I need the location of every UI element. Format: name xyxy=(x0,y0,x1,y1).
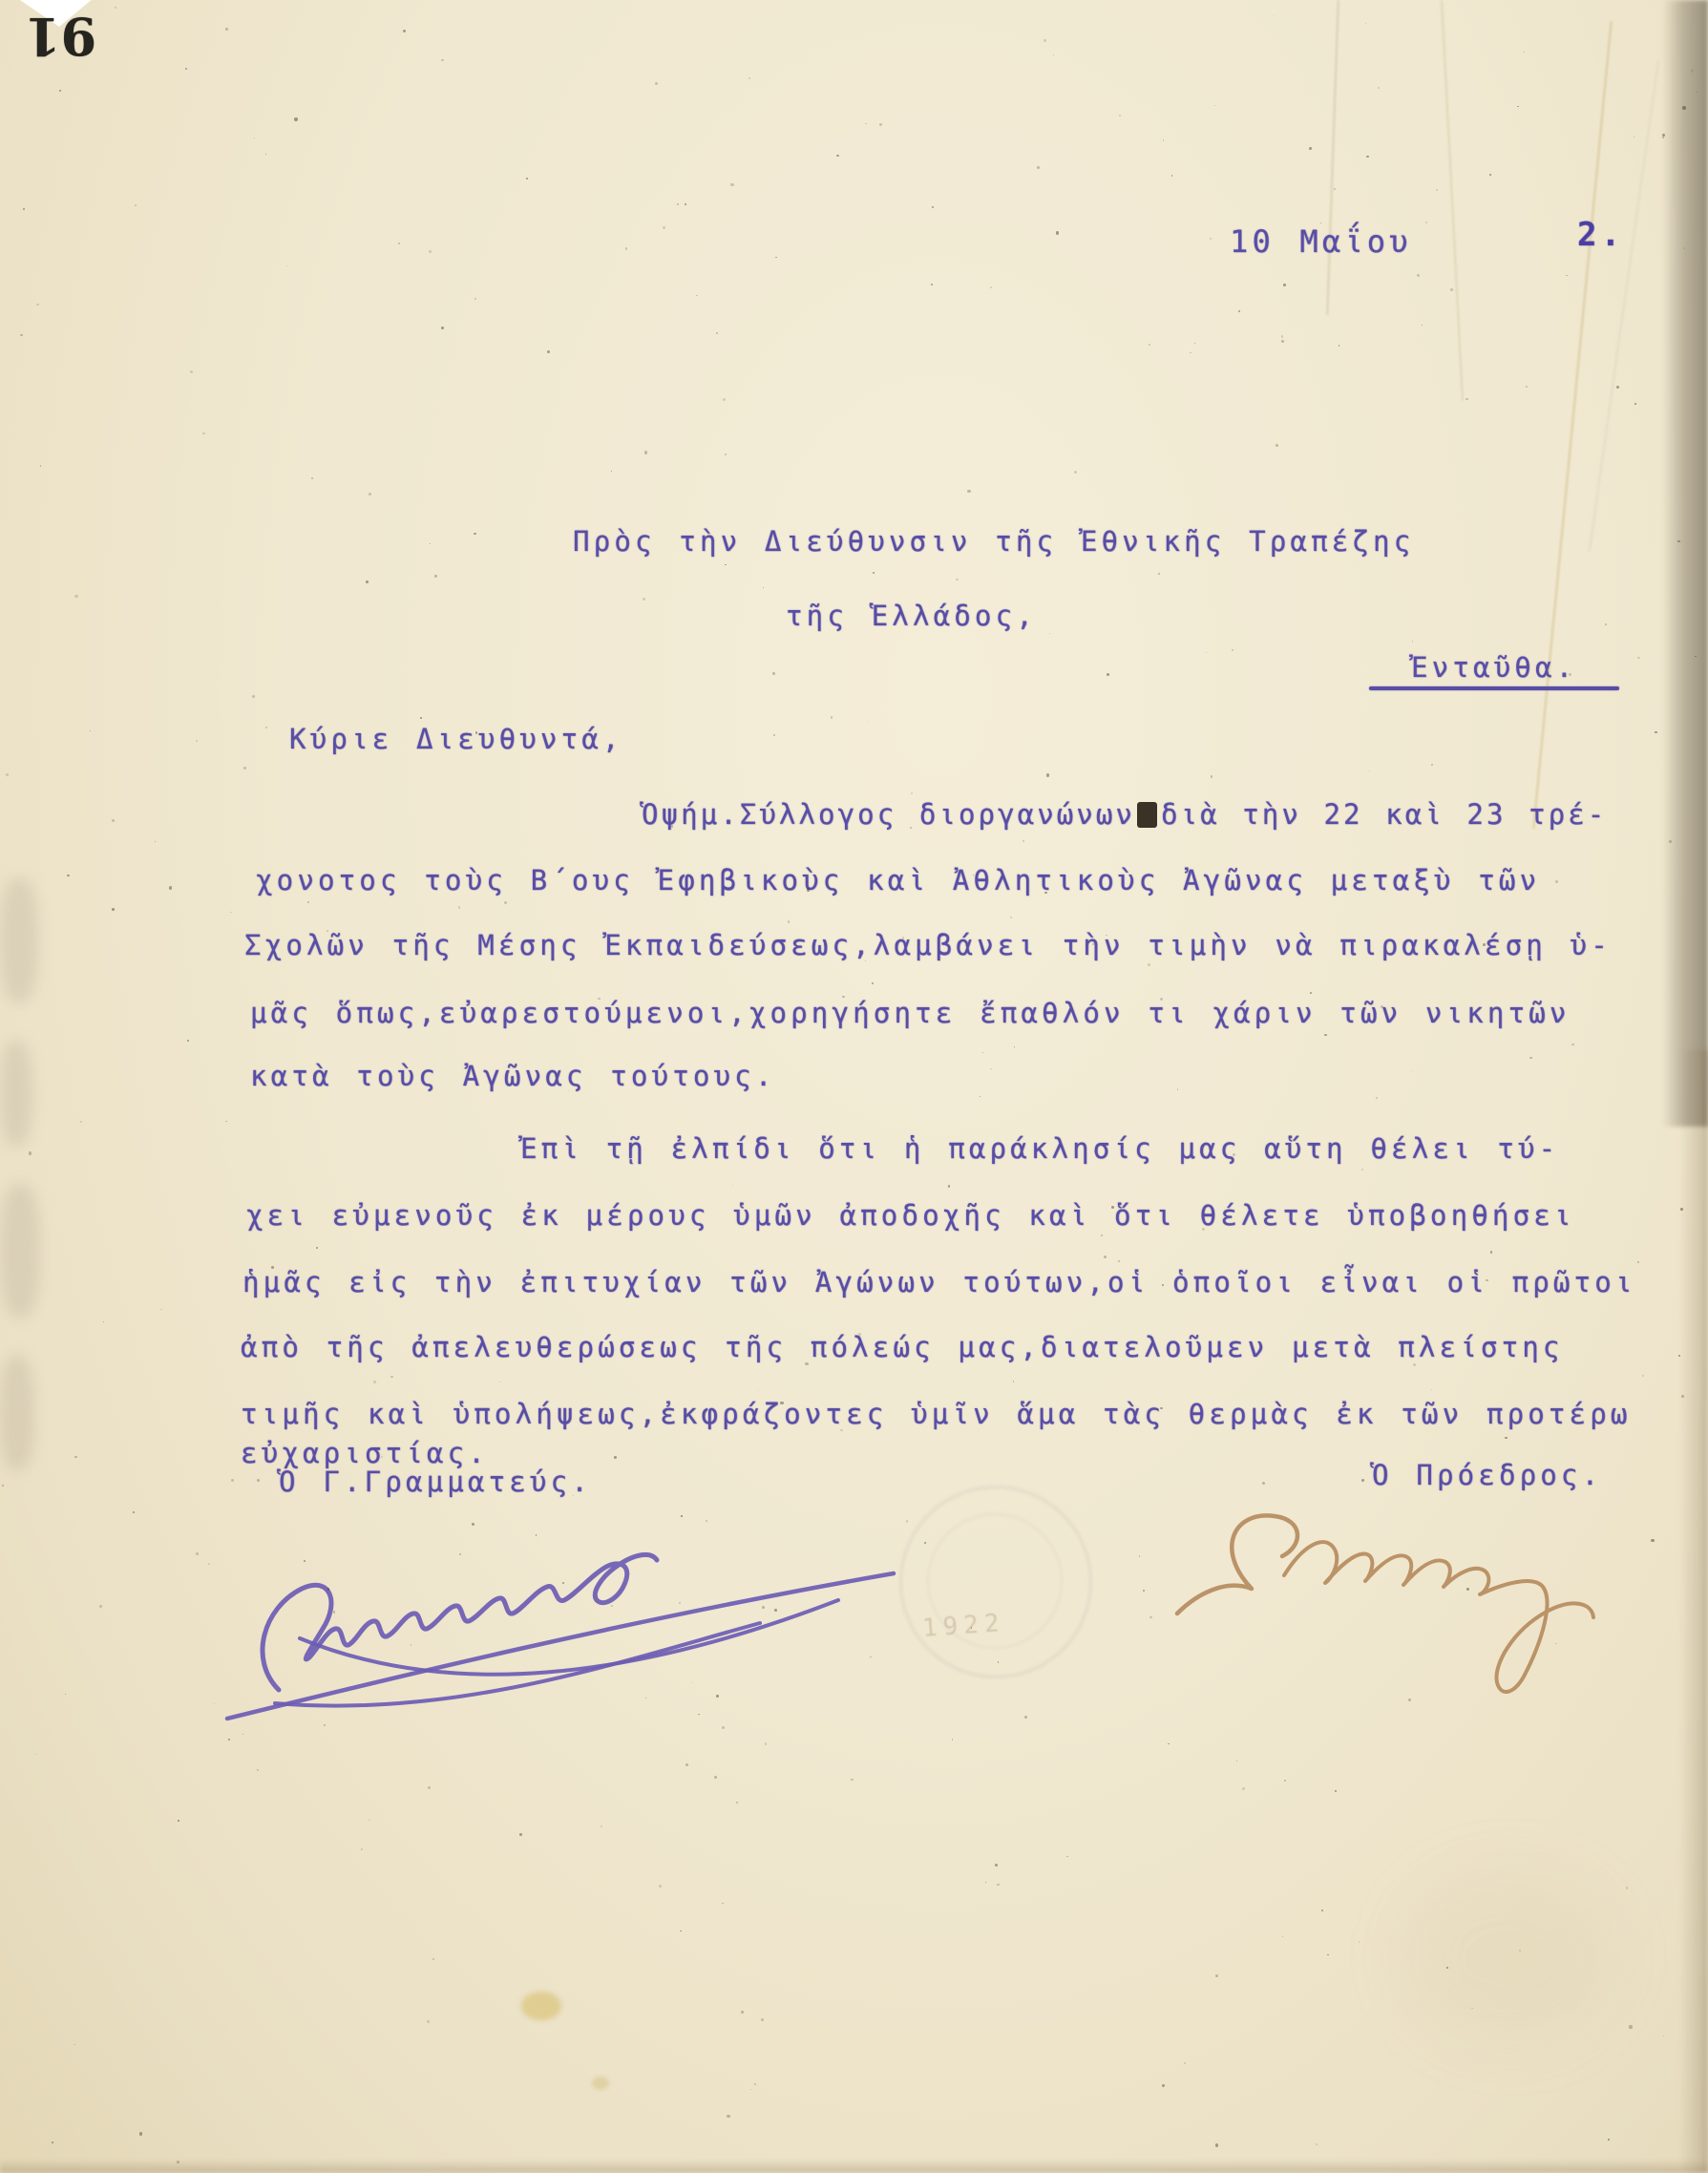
paper-speck xyxy=(1283,284,1285,285)
paper-speck xyxy=(1149,344,1150,346)
paper-speck xyxy=(294,117,297,120)
paper-speck xyxy=(1206,652,1207,653)
body-line-1-post: διὰ τὴν 22 καὶ 23 τρέ- xyxy=(1161,798,1607,831)
paper-speck xyxy=(90,730,91,731)
paper-speck xyxy=(475,731,477,733)
paper-speck xyxy=(1210,238,1212,240)
paper-speck xyxy=(225,1121,227,1123)
paper-speck xyxy=(1163,139,1164,140)
paper-speck xyxy=(1010,917,1013,919)
paper-speck xyxy=(1149,1616,1152,1619)
paper-speck xyxy=(271,1266,274,1269)
paper-speck xyxy=(1202,1228,1205,1231)
paper-speck xyxy=(573,1495,574,1496)
paper-speck xyxy=(1412,641,1413,642)
paper-speck xyxy=(390,1376,392,1378)
paper-speck xyxy=(879,123,882,126)
paper-speck xyxy=(1669,840,1672,843)
paper-speck xyxy=(74,2044,75,2046)
paper-speck xyxy=(1637,657,1640,660)
paper-speck xyxy=(659,1885,662,1888)
paper-speck xyxy=(1637,1261,1639,1263)
paper-speck xyxy=(1436,189,1438,191)
paper-speck xyxy=(1369,770,1370,771)
paper-speck xyxy=(730,183,733,186)
paper-speck xyxy=(1236,1761,1237,1762)
paper-speck xyxy=(741,2011,744,2014)
paper-speck xyxy=(1074,471,1077,474)
paper-speck xyxy=(1215,2143,1218,2146)
paper-speck xyxy=(1276,444,1278,447)
paper-speck xyxy=(754,2083,756,2085)
paper-speck xyxy=(228,1739,230,1741)
paper-speck xyxy=(420,717,422,719)
paper-speck xyxy=(316,1247,318,1249)
paper-speck xyxy=(519,1833,522,1836)
paper-speck xyxy=(1483,943,1486,946)
paper-speck xyxy=(840,1429,843,1432)
paper-speck xyxy=(1321,1909,1323,1911)
paper-speck xyxy=(536,1534,538,1536)
body-line-4: μᾶς ὅπως,εὐαρεστούμενοι,χορηγήσητε ἔπαθλ… xyxy=(250,997,1571,1029)
paper-speck xyxy=(1184,2062,1186,2064)
paper-speck xyxy=(671,825,673,827)
paper-speck xyxy=(366,580,369,583)
paper-speck xyxy=(324,1724,326,1726)
body-line-8: ἡμᾶς εἰς τὴν ἐπιτυχίαν τῶν Ἀγώνων τούτων… xyxy=(242,1266,1636,1298)
letter-scan-page: 91 10 Μαΐου 2. Πρὸς τὴν Διεύθυνσιν τῆς Ἐ… xyxy=(0,0,1708,2173)
scan-edge-shadow xyxy=(1662,0,1708,1127)
paper-speck xyxy=(1274,15,1275,16)
paper-speck xyxy=(980,1096,981,1097)
paper-speck xyxy=(967,490,970,493)
paper-speck xyxy=(1359,1941,1360,1942)
paper-speck xyxy=(139,2132,142,2135)
paper-speck xyxy=(1044,892,1046,894)
body-line-7: χει εὐμενοῦς ἐκ μέρους ὑμῶν ἀποδοχῆς καὶ… xyxy=(246,1199,1575,1232)
closing-president-title: Ὁ Πρόεδρος. xyxy=(1372,1459,1602,1491)
paper-speck xyxy=(1158,573,1160,575)
paper-speck xyxy=(1053,54,1054,55)
paper-speck xyxy=(997,1884,1000,1887)
paper-speck xyxy=(1378,87,1380,89)
body-line-6: Ἐπὶ τῇ ἐλπίδι ὅτι ἡ παράκλησίς μας αὕτη … xyxy=(520,1132,1559,1165)
paper-speck xyxy=(644,451,647,454)
recipient-line-2: τῆς Ἑλλάδος, xyxy=(786,600,1037,632)
paper-speck xyxy=(601,1825,602,1827)
paper-speck xyxy=(780,1402,783,1404)
paper-speck xyxy=(805,1362,808,1365)
paper-speck xyxy=(1037,166,1040,169)
paper-speck xyxy=(685,203,686,205)
paper-speck xyxy=(1339,345,1339,346)
paper-crease xyxy=(1441,0,1464,401)
paper-speck xyxy=(1242,1787,1245,1790)
paper-speck xyxy=(202,432,205,435)
paper-speck xyxy=(990,1068,991,1069)
paper-speck xyxy=(773,734,775,736)
paper-speck xyxy=(1655,731,1656,733)
paper-stain xyxy=(592,2077,609,2090)
paper-speck xyxy=(257,1479,260,1482)
paper-speck xyxy=(1408,1698,1411,1701)
paper-speck xyxy=(1044,39,1045,41)
paper-speck xyxy=(1677,540,1679,542)
paper-speck xyxy=(526,178,527,179)
paper-speck xyxy=(23,208,25,210)
recipient-location: Ἐνταῦθα. xyxy=(1411,651,1576,684)
paper-speck xyxy=(952,1739,954,1741)
paper-speck xyxy=(1211,775,1212,777)
paper-speck xyxy=(1013,1381,1015,1382)
paper-speck xyxy=(1361,1169,1363,1171)
body-line-11: εὐχαριστίας. xyxy=(241,1437,489,1469)
paper-speck xyxy=(1486,1279,1488,1282)
paper-speck xyxy=(1366,156,1368,158)
paper-speck xyxy=(52,2141,53,2143)
paper-speck xyxy=(1608,2139,1610,2141)
paper-speck xyxy=(1629,2025,1632,2028)
paper-speck xyxy=(133,1511,135,1513)
paper-speck xyxy=(178,1820,179,1822)
paper-speck xyxy=(1284,1780,1287,1783)
paper-speck xyxy=(1190,352,1191,354)
paper-speck xyxy=(643,598,645,601)
paper-speck xyxy=(135,204,136,205)
paper-speck xyxy=(1571,1044,1573,1045)
paper-speck xyxy=(327,930,327,931)
paper-speck xyxy=(1381,1005,1382,1007)
paper-speck xyxy=(80,1121,83,1124)
paper-speck xyxy=(65,1694,67,1696)
paper-speck xyxy=(169,886,172,889)
paper-speck xyxy=(1678,1355,1680,1357)
paper-speck xyxy=(1450,288,1452,290)
paper-speck xyxy=(1412,1070,1413,1071)
body-line-1-pre: Ὁψήμ.Σύλλογος διοργανώνων xyxy=(642,798,1135,831)
paper-speck xyxy=(625,247,627,249)
paper-speck xyxy=(458,906,461,909)
paper-speck xyxy=(1139,1555,1141,1557)
paper-speck xyxy=(788,920,790,922)
paper-speck xyxy=(1324,1034,1326,1036)
paper-speck xyxy=(225,28,228,31)
paper-speck xyxy=(873,572,875,574)
paper-speck xyxy=(1194,343,1195,344)
paper-speck xyxy=(1490,1251,1492,1253)
paper-speck xyxy=(160,1309,161,1310)
ink-bleedthrough xyxy=(0,878,38,1002)
paper-speck xyxy=(1524,674,1525,675)
body-line-9: ἀπὸ τῆς ἀπελευθερώσεως τῆς πόλεώς μας,δι… xyxy=(241,1331,1564,1363)
paper-speck xyxy=(685,1763,688,1766)
paper-speck xyxy=(982,1052,983,1053)
paper-speck xyxy=(231,1479,234,1482)
paper-speck xyxy=(727,2115,729,2118)
paper-speck xyxy=(725,564,726,565)
paper-speck xyxy=(1282,1936,1283,1937)
paper-speck xyxy=(1517,106,1518,107)
paper-speck xyxy=(29,1151,32,1154)
paper-speck xyxy=(722,1903,723,1904)
paper-speck xyxy=(831,716,833,719)
body-line-10: τιμῆς καὶ ὑπολήψεως,ἐκφράζοντες ὑμῖν ἅμα… xyxy=(241,1398,1632,1430)
paper-speck xyxy=(714,1776,717,1779)
paper-speck xyxy=(196,1552,199,1555)
paper-speck xyxy=(902,937,904,939)
paper-speck xyxy=(1642,1375,1644,1377)
paper-speck xyxy=(1014,1046,1015,1047)
paper-speck xyxy=(851,1779,854,1782)
paper-speck xyxy=(1214,105,1215,106)
paper-speck xyxy=(441,59,444,62)
paper-speck xyxy=(214,1703,215,1704)
paper-speck xyxy=(1238,310,1240,312)
paper-speck xyxy=(1529,1057,1532,1060)
paper-speck xyxy=(1680,1208,1683,1211)
paper-speck xyxy=(1177,1088,1179,1090)
paper-speck xyxy=(1118,1260,1120,1262)
paper-speck xyxy=(696,295,698,297)
paper-speck xyxy=(74,595,77,598)
paper-speck xyxy=(1682,106,1685,109)
paper-speck xyxy=(725,454,727,455)
paper-speck xyxy=(762,1606,765,1609)
paper-speck xyxy=(35,1754,36,1755)
paper-speck xyxy=(6,773,9,776)
paper-speck xyxy=(836,155,839,158)
paper-speck xyxy=(763,587,764,588)
paper-speck xyxy=(774,1609,776,1611)
paper-speck xyxy=(1171,175,1173,177)
paper-speck xyxy=(765,1742,767,1744)
paper-speck xyxy=(286,265,287,266)
paper-speck xyxy=(432,1958,434,1960)
paper-speck xyxy=(441,327,444,329)
paper-speck xyxy=(1489,174,1491,176)
paper-speck xyxy=(1101,1234,1104,1237)
paper-speck xyxy=(307,901,309,903)
paper-speck xyxy=(723,398,726,401)
paper-speck xyxy=(1634,403,1636,405)
paper-speck xyxy=(1555,880,1558,883)
paper-speck xyxy=(430,543,431,544)
paper-speck xyxy=(36,304,39,306)
paper-speck xyxy=(103,1321,104,1322)
paper-speck xyxy=(1446,1967,1448,1969)
paper-speck xyxy=(254,137,255,138)
paper-speck xyxy=(1626,1887,1629,1889)
paper-speck xyxy=(1316,2143,1318,2145)
body-line-2: χονοτος τοὺς Β΄ους Ἐφηβικοὺς καὶ Ἀθλητικ… xyxy=(256,864,1540,897)
paper-speck xyxy=(40,465,42,467)
paper-speck xyxy=(1046,773,1049,776)
paper-speck xyxy=(1056,231,1059,234)
paper-speck xyxy=(190,370,193,373)
paper-speck xyxy=(807,888,810,891)
paper-speck xyxy=(187,1040,189,1042)
paper-speck xyxy=(474,298,476,300)
paper-speck xyxy=(1310,992,1312,994)
paper-speck xyxy=(112,908,115,911)
paper-speck xyxy=(1160,998,1163,1001)
paper-speck xyxy=(772,672,775,675)
paper-speck xyxy=(706,1520,707,1522)
paper-speck xyxy=(1107,673,1109,676)
paper-speck xyxy=(434,575,436,577)
page-number: 2. xyxy=(1577,216,1624,254)
paper-speck xyxy=(1066,1856,1068,1858)
paper-speck xyxy=(750,2089,751,2090)
paper-speck xyxy=(1651,1539,1654,1542)
body-line-1: Ὁψήμ.Σύλλογος διοργανώνων■διὰ τὴν 22 καὶ… xyxy=(642,798,1607,831)
paper-speck xyxy=(1566,275,1567,276)
paper-speck xyxy=(243,767,246,770)
paper-speck xyxy=(252,695,255,698)
paper-speck xyxy=(1422,325,1423,326)
paper-speck xyxy=(265,727,268,729)
secretary-signature xyxy=(220,1516,917,1736)
paper-speck xyxy=(2,1485,3,1486)
paper-speck xyxy=(663,226,665,229)
paper-speck xyxy=(369,1820,369,1821)
president-signature xyxy=(1160,1487,1676,1726)
paper-speck xyxy=(1308,237,1310,239)
paper-speck xyxy=(1262,1482,1265,1485)
paper-speck xyxy=(230,912,232,914)
paper-speck xyxy=(1505,1437,1508,1440)
archival-number-stamp: 91 xyxy=(25,6,96,67)
embossed-seal xyxy=(899,1486,1092,1678)
paper-speck xyxy=(872,982,875,985)
paper-speck xyxy=(1119,115,1121,116)
paper-speck xyxy=(677,203,679,205)
paper-speck xyxy=(1519,1950,1521,1951)
paper-speck xyxy=(1049,633,1050,634)
paper-speck xyxy=(1523,52,1524,53)
paper-speck xyxy=(1569,673,1571,676)
paper-speck xyxy=(1361,1479,1364,1482)
paper-speck xyxy=(311,477,313,479)
paper-speck xyxy=(1417,274,1420,277)
paper-speck xyxy=(1634,137,1634,137)
location-underline xyxy=(1369,686,1619,690)
paper-speck xyxy=(990,286,993,289)
paper-speck xyxy=(1168,1743,1169,1744)
paper-speck xyxy=(1605,623,1607,625)
paper-speck xyxy=(369,493,371,496)
paper-speck xyxy=(403,30,406,32)
paper-speck xyxy=(1162,2084,1165,2087)
paper-speck xyxy=(1148,963,1150,966)
paper-speck xyxy=(74,1456,76,1458)
paper-speck xyxy=(1281,335,1283,337)
paper-speck xyxy=(865,123,867,125)
paper-speck xyxy=(716,332,718,334)
paper-speck xyxy=(361,1848,363,1850)
paper-speck xyxy=(761,2018,764,2021)
paper-speck xyxy=(112,819,115,822)
overstrike-blot: ■ xyxy=(1137,802,1157,828)
paper-speck xyxy=(1309,147,1312,150)
paper-speck xyxy=(736,1802,739,1804)
paper-speck xyxy=(679,1602,681,1604)
paper-speck xyxy=(931,284,933,285)
paper-speck xyxy=(59,90,61,92)
paper-speck xyxy=(655,82,657,84)
paper-speck xyxy=(758,1390,759,1391)
paper-speck xyxy=(459,1553,461,1555)
body-line-3: Σχολῶν τῆς Μέσης Ἐκπαιδεύσεως,λαμβάνει τ… xyxy=(244,929,1612,961)
paper-speck xyxy=(1526,386,1528,388)
paper-speck xyxy=(428,1786,431,1789)
paper-speck xyxy=(1215,1974,1218,1977)
paper-speck xyxy=(681,1515,682,1516)
paper-speck xyxy=(115,7,116,9)
seal-year: 1922 xyxy=(921,1609,1006,1643)
paper-speck xyxy=(1143,1590,1145,1592)
paper-speck xyxy=(1431,1389,1433,1391)
paper-crease xyxy=(1532,21,1612,829)
paper-crease xyxy=(1326,0,1339,315)
paper-speck xyxy=(611,471,612,472)
paper-speck xyxy=(196,740,198,742)
paper-speck xyxy=(1691,69,1694,72)
paper-speck xyxy=(327,1588,330,1591)
paper-speck xyxy=(867,721,868,722)
paper-speck xyxy=(208,1563,210,1565)
paper-speck xyxy=(1104,1255,1107,1258)
paper-speck xyxy=(1024,1716,1027,1719)
paper-speck xyxy=(1335,1790,1336,1791)
paper-speck xyxy=(257,1769,259,1771)
body-line-5: κατὰ τοὺς Ἀγῶνας τούτους. xyxy=(250,1060,776,1092)
paper-stain xyxy=(521,1992,561,2020)
paper-speck xyxy=(1663,2036,1664,2036)
paper-speck xyxy=(732,1185,733,1186)
paper-speck xyxy=(398,243,400,244)
paper-speck xyxy=(1431,764,1433,766)
paper-speck xyxy=(155,841,156,842)
paper-speck xyxy=(749,77,749,78)
paper-speck xyxy=(1425,222,1427,223)
ink-bleedthrough xyxy=(0,1041,32,1146)
paper-speck xyxy=(995,1864,998,1867)
paper-speck xyxy=(185,68,187,70)
recipient-line-1: Πρὸς τὴν Διεύθυνσιν τῆς Ἐθνικῆς Τραπέζης xyxy=(573,525,1414,558)
paper-speck xyxy=(474,533,475,535)
salutation: Κύριε Διευθυντά, xyxy=(289,723,623,755)
paper-speck xyxy=(67,875,69,876)
paper-speck xyxy=(956,579,959,581)
paper-speck xyxy=(547,350,550,353)
paper-speck xyxy=(985,1882,986,1883)
paper-speck xyxy=(614,1456,617,1459)
paper-speck xyxy=(20,334,22,336)
paper-speck xyxy=(99,1605,102,1608)
paper-speck xyxy=(429,250,432,253)
paper-speck xyxy=(680,1930,682,1932)
paper-speck xyxy=(499,1382,500,1382)
ink-bleedthrough xyxy=(0,1356,34,1470)
paper-speck xyxy=(1365,23,1366,24)
paper-speck xyxy=(373,1381,376,1383)
paper-speck xyxy=(1334,188,1336,190)
paper-speck xyxy=(1616,386,1619,389)
paper-speck xyxy=(1376,1097,1378,1099)
paper-speck xyxy=(1413,1363,1416,1366)
ink-bleedthrough xyxy=(0,1184,40,1318)
